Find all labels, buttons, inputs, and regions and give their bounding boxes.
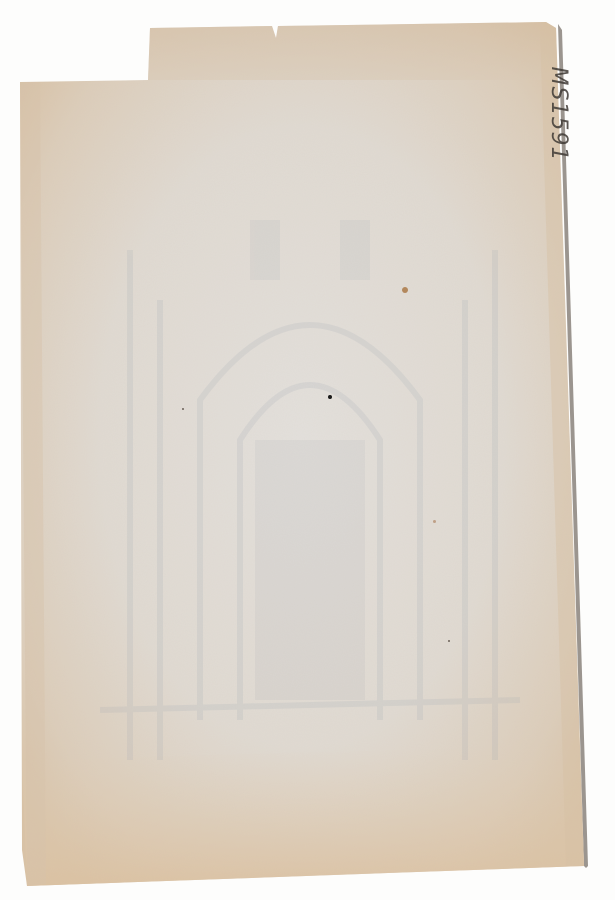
foxing-spot [402, 287, 408, 293]
foxing-spot [433, 520, 436, 523]
paper-sheet [0, 0, 615, 900]
handwritten-catalog-number: MS1591 [544, 64, 572, 164]
speck [448, 640, 450, 642]
scanned-paper-back: MS1591 [0, 0, 615, 900]
ink-dot [328, 395, 332, 399]
speck [182, 408, 184, 410]
